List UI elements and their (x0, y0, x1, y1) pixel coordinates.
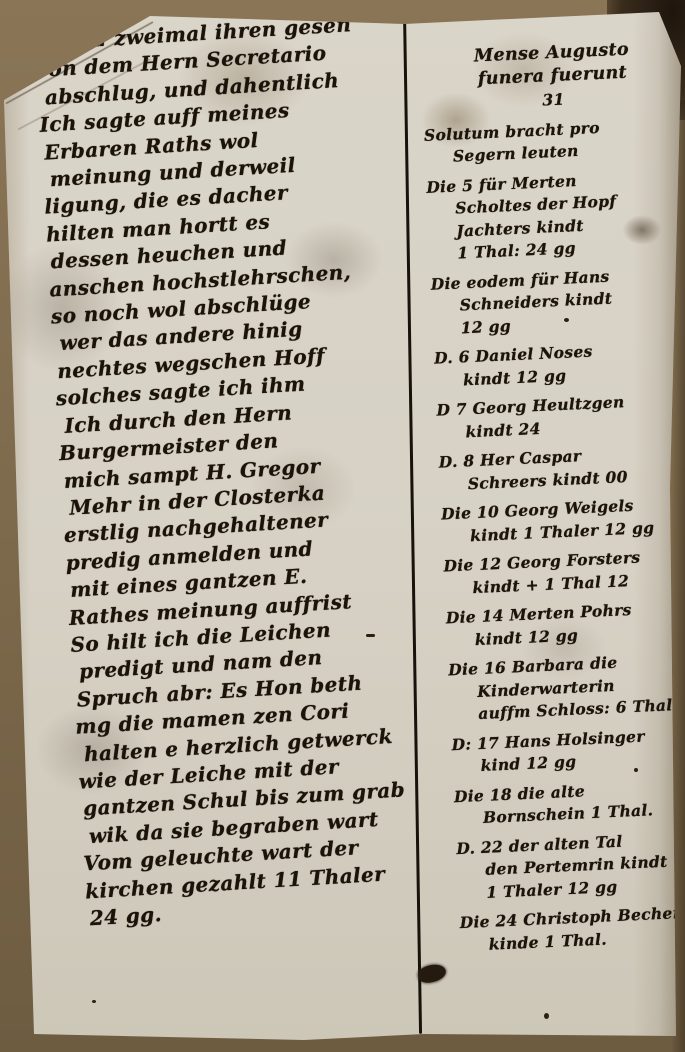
left-column-text: w und zweimal ihren gesenvon dem Hern Se… (34, 9, 437, 933)
ink-speck (634, 768, 638, 772)
right-column-text: Mense Augustofunera fuerunt31Solutum bra… (420, 36, 685, 957)
ink-speck (92, 1000, 96, 1003)
manuscript-photo: w und zweimal ihren gesenvon dem Hern Se… (0, 0, 685, 1052)
ink-blot (416, 962, 447, 985)
ink-speck (544, 1013, 549, 1019)
paper-sheet: w und zweimal ihren gesenvon dem Hern Se… (4, 8, 681, 1044)
ink-speck (564, 318, 569, 322)
ink-speck (366, 634, 375, 637)
